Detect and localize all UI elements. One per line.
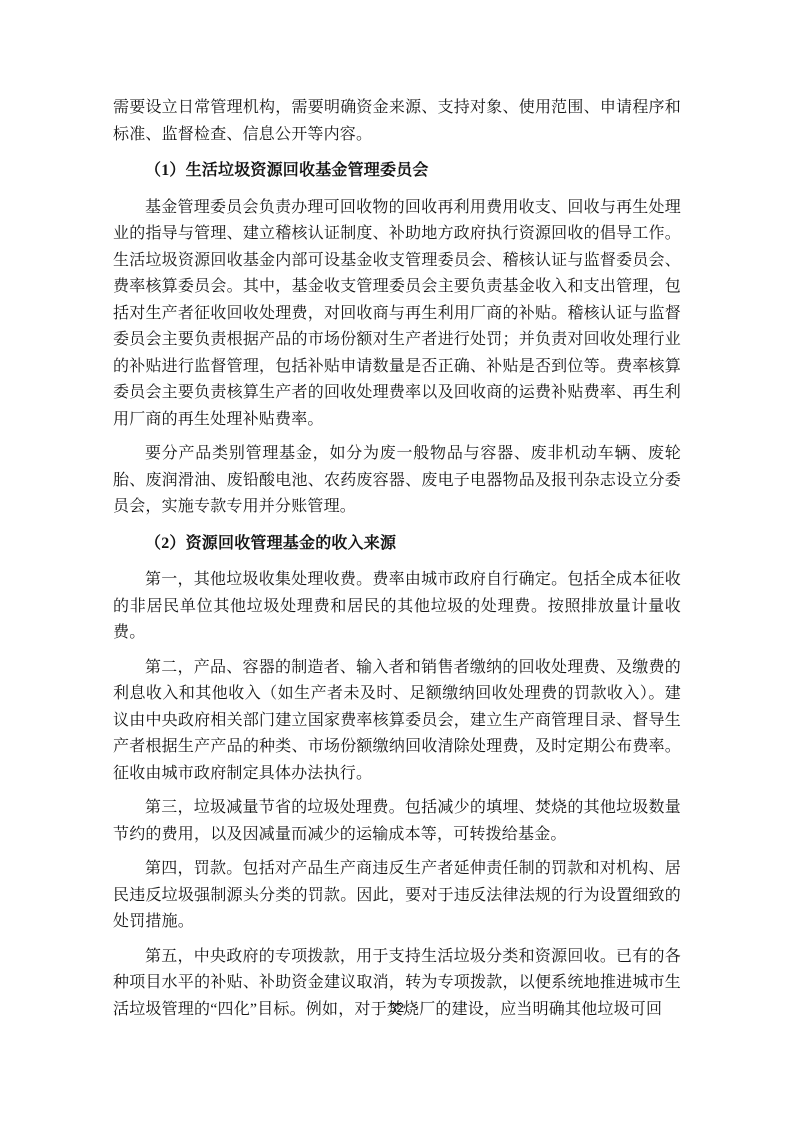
paragraph-continuation: 需要设立日常管理机构，需要明确资金来源、支持对象、使用范围、申请程序和标准、监督… <box>113 95 681 148</box>
paragraph-income-fourth: 第四，罚款。包括对产品生产商违反生产者延伸责任制的罚款和对机构、居民违反垃圾强制… <box>113 856 681 936</box>
paragraph-fund-by-product-category: 要分产品类别管理基金，如分为废一般物品与容器、废非机动车辆、废轮胎、废润滑油、废… <box>113 441 681 521</box>
paragraph-income-third: 第三，垃圾减量节省的垃圾处理费。包括减少的填埋、焚烧的其他垃圾数量节约的费用，以… <box>113 795 681 848</box>
page-number: 32 <box>0 1000 794 1015</box>
heading-fund-management-committee: （1）生活垃圾资源回收基金管理委员会 <box>113 158 681 185</box>
paragraph-income-second: 第二，产品、容器的制造者、输入者和销售者缴纳的回收处理费、及缴费的利息收入和其他… <box>113 655 681 788</box>
paragraph-income-first: 第一，其他垃圾收集处理收费。费率由城市政府自行确定。包括全成本征收的非居民单位其… <box>113 567 681 647</box>
document-page: 需要设立日常管理机构，需要明确资金来源、支持对象、使用范围、申请程序和标准、监督… <box>0 0 794 1123</box>
paragraph-fund-committee-duties: 基金管理委员会负责办理可回收物的回收再利用费用收支、回收与再生处理业的指导与管理… <box>113 195 681 434</box>
heading-fund-income-sources: （2）资源回收管理基金的收入来源 <box>113 531 681 558</box>
document-body: 需要设立日常管理机构，需要明确资金来源、支持对象、使用范围、申请程序和标准、监督… <box>113 95 681 1031</box>
